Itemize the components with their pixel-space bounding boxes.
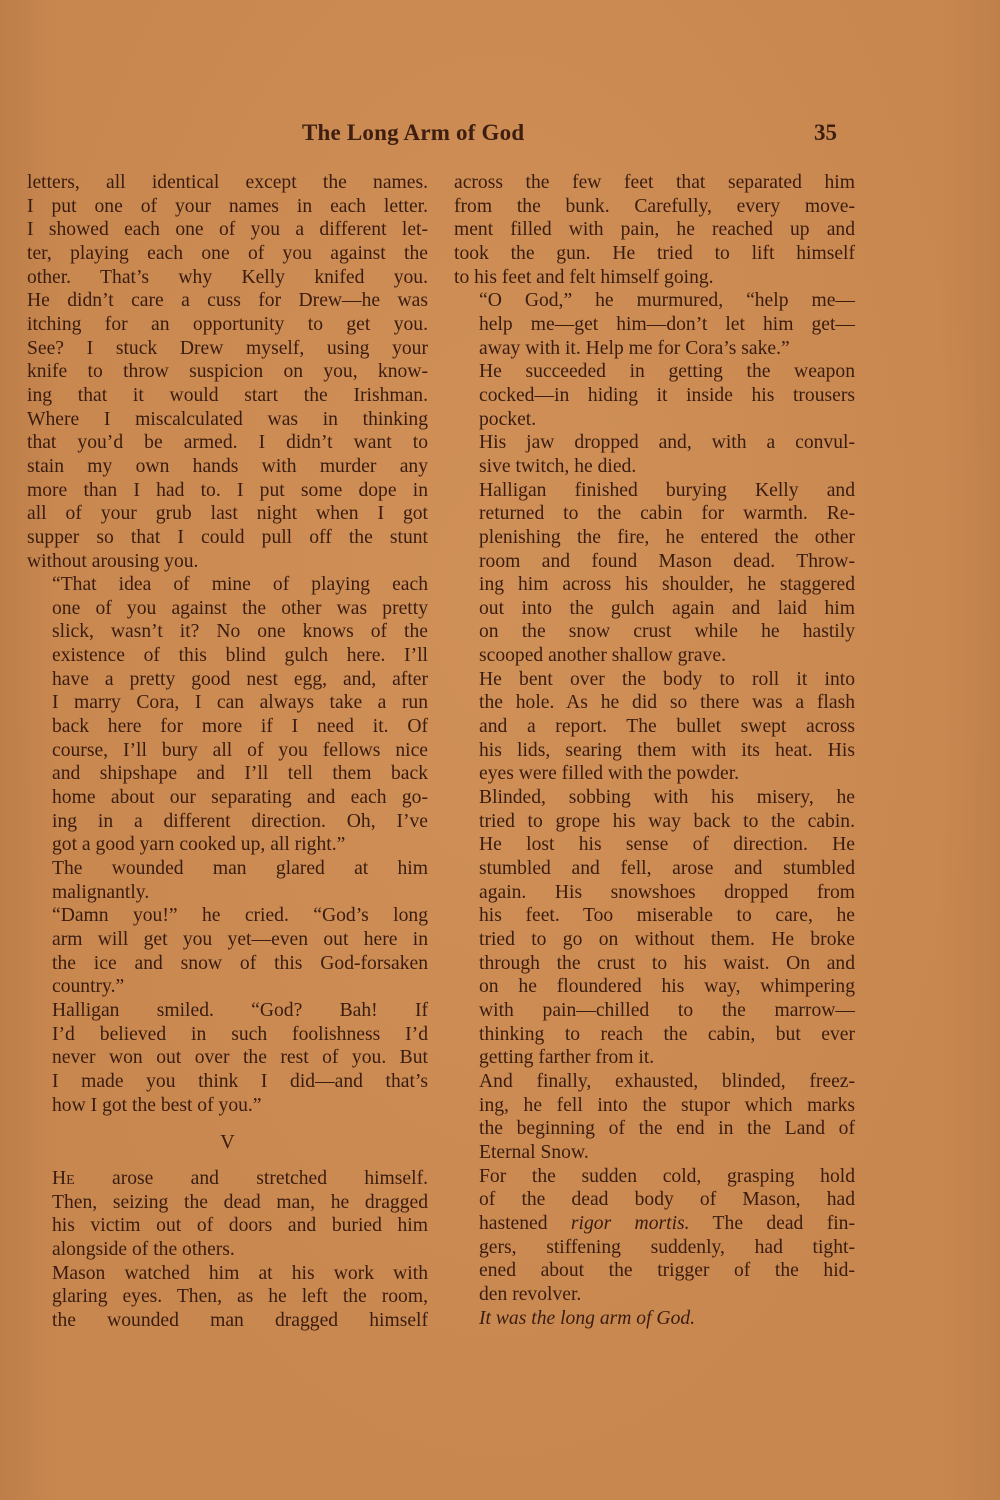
text-line: I made you think I did—and that’s bbox=[27, 1070, 428, 1094]
closing-line: It was the long arm of God. bbox=[454, 1307, 855, 1331]
paragraph: “O God,” he murmured, “help me—help me—g… bbox=[454, 289, 855, 360]
text-line: Then, seizing the dead man, he dragged bbox=[27, 1191, 428, 1215]
text-line: He didn’t care a cuss for Drew—he was bbox=[27, 289, 428, 313]
text-line: I marry Cora, I can always take a run bbox=[27, 691, 428, 715]
section-number: V bbox=[27, 1131, 428, 1155]
text-line: his feet. Too miserable to care, he bbox=[454, 904, 855, 928]
text-line: ing, he fell into the stupor which marks bbox=[454, 1094, 855, 1118]
text-line: his lids, searing them with its heat. Hi… bbox=[454, 739, 855, 763]
text-line: pocket. bbox=[454, 408, 855, 432]
paragraph: His jaw dropped and, with a convul-sive … bbox=[454, 431, 855, 478]
text-line: one of you against the other was pretty bbox=[27, 597, 428, 621]
text-line: The wounded man glared at him bbox=[27, 857, 428, 881]
text-line: course, I’ll bury all of you fellows nic… bbox=[27, 739, 428, 763]
text-line: ment filled with pain, he reached up and bbox=[454, 218, 855, 242]
text-line: cocked—in hiding it inside his trousers bbox=[454, 384, 855, 408]
text-line: home about our separating and each go- bbox=[27, 786, 428, 810]
text-line: malignantly. bbox=[27, 881, 428, 905]
text-line: the wounded man dragged himself bbox=[27, 1309, 428, 1333]
text-line: “O God,” he murmured, “help me— bbox=[454, 289, 855, 313]
text-line: knife to throw suspicion on you, know- bbox=[27, 360, 428, 384]
text-line: “That idea of mine of playing each bbox=[27, 573, 428, 597]
text-line: Blinded, sobbing with his misery, he bbox=[454, 786, 855, 810]
page-number: 35 bbox=[814, 120, 837, 146]
text-line: ened about the trigger of the hid- bbox=[454, 1259, 855, 1283]
text-line: ing in a different direction. Oh, I’ve bbox=[27, 810, 428, 834]
text-line: that you’d be armed. I didn’t want to bbox=[27, 431, 428, 455]
text-line: Halligan smiled. “God? Bah! If bbox=[27, 999, 428, 1023]
text-line: help me—get him—don’t let him get— bbox=[454, 313, 855, 337]
text-line: hastened rigor mortis. The dead fin- bbox=[454, 1212, 855, 1236]
text-line: never won out over the rest of you. But bbox=[27, 1046, 428, 1070]
paragraph: Halligan finished burying Kelly andretur… bbox=[454, 479, 855, 668]
text-line: Halligan finished burying Kelly and bbox=[454, 479, 855, 503]
text-line: alongside of the others. bbox=[27, 1238, 428, 1262]
text-line: of the dead body of Mason, had bbox=[454, 1188, 855, 1212]
left-column: letters, all identical except the names.… bbox=[27, 171, 428, 1333]
text-line: through the crust to his waist. On and bbox=[454, 952, 855, 976]
text-line: existence of this blind gulch here. I’ll bbox=[27, 644, 428, 668]
text-line: stain my own hands with murder any bbox=[27, 455, 428, 479]
text-line: He bent over the body to roll it into bbox=[454, 668, 855, 692]
text-line: den revolver. bbox=[454, 1283, 855, 1307]
text-line: returned to the cabin for warmth. Re- bbox=[454, 502, 855, 526]
paragraph: He bent over the body to roll it intothe… bbox=[454, 668, 855, 786]
text-line: with pain—chilled to the marrow— bbox=[454, 999, 855, 1023]
text-line: the ice and snow of this God-forsaken bbox=[27, 952, 428, 976]
text-line: thinking to reach the cabin, but ever bbox=[454, 1023, 855, 1047]
text-line: For the sudden cold, grasping hold bbox=[454, 1165, 855, 1189]
text-line: His jaw dropped and, with a convul- bbox=[454, 431, 855, 455]
text-line: away with it. Help me for Cora’s sake.” bbox=[454, 337, 855, 361]
text-line: the beginning of the end in the Land of bbox=[454, 1117, 855, 1141]
text-line: the hole. As he did so there was a flash bbox=[454, 691, 855, 715]
text-line: country.” bbox=[27, 975, 428, 999]
paragraph: letters, all identical except the names.… bbox=[27, 171, 428, 573]
text-line: back here for more if I need it. Of bbox=[27, 715, 428, 739]
text-line: I’d believed in such foolishness I’d bbox=[27, 1023, 428, 1047]
paragraph: “That idea of mine of playing eachone of… bbox=[27, 573, 428, 857]
paragraph: “Damn you!” he cried. “God’s longarm wil… bbox=[27, 904, 428, 999]
closing-line-text: It was the long arm of God. bbox=[454, 1307, 855, 1331]
text-line: Eternal Snow. bbox=[454, 1141, 855, 1165]
text-line: all of your grub last night when I got bbox=[27, 502, 428, 526]
text-line: Where I miscalculated was in thinking bbox=[27, 408, 428, 432]
text-line: on the snow crust while he hastily bbox=[454, 620, 855, 644]
text-line: tried to grope his way back to the cabin… bbox=[454, 810, 855, 834]
text-line: ing him across his shoulder, he staggere… bbox=[454, 573, 855, 597]
text-line: eyes were filled with the powder. bbox=[454, 762, 855, 786]
text-line: plenishing the fire, he entered the othe… bbox=[454, 526, 855, 550]
paragraph: Halligan smiled. “God? Bah! IfI’d believ… bbox=[27, 999, 428, 1117]
section-opening-word: He bbox=[52, 1168, 75, 1189]
text-line: arm will get you yet—even out here in bbox=[27, 928, 428, 952]
text-line: Mason watched him at his work with bbox=[27, 1262, 428, 1286]
text-line: his victim out of doors and buried him bbox=[27, 1214, 428, 1238]
running-head: The Long Arm of God bbox=[302, 120, 524, 146]
text-line: other. That’s why Kelly knifed you. bbox=[27, 266, 428, 290]
text-line: I put one of your names in each letter. bbox=[27, 195, 428, 219]
text-line: across the few feet that separated him bbox=[454, 171, 855, 195]
text-line: took the gun. He tried to lift himself bbox=[454, 242, 855, 266]
text-line: more than I had to. I put some dope in bbox=[27, 479, 428, 503]
text-line: and shipshape and I’ll tell them back bbox=[27, 762, 428, 786]
text-line: itching for an opportunity to get you. bbox=[27, 313, 428, 337]
text-line: tried to go on without them. He broke bbox=[454, 928, 855, 952]
text-line: to his feet and felt himself going. bbox=[454, 266, 855, 290]
text-line: letters, all identical except the names. bbox=[27, 171, 428, 195]
text-line: and a report. The bullet swept across bbox=[454, 715, 855, 739]
text-line: on he floundered his way, whimpering bbox=[454, 975, 855, 999]
text-line: sive twitch, he died. bbox=[454, 455, 855, 479]
text-line: gers, stiffening suddenly, had tight- bbox=[454, 1236, 855, 1260]
paragraph: The wounded man glared at himmalignantly… bbox=[27, 857, 428, 904]
text-line: getting farther from it. bbox=[454, 1046, 855, 1070]
text-line: how I got the best of you.” bbox=[27, 1094, 428, 1118]
text-line: scooped another shallow grave. bbox=[454, 644, 855, 668]
paragraph-section-opening: He arose and stretched himself.Then, sei… bbox=[27, 1167, 428, 1262]
text-line: glaring eyes. Then, as he left the room, bbox=[27, 1285, 428, 1309]
text-line: stumbled and fell, arose and stumbled bbox=[454, 857, 855, 881]
text-line: have a pretty good nest egg, and, after bbox=[27, 668, 428, 692]
paragraph-rigor-mortis: For the sudden cold, grasping holdof the… bbox=[454, 1165, 855, 1307]
text-line: got a good yarn cooked up, all right.” bbox=[27, 833, 428, 857]
text-line: room and found Mason dead. Throw- bbox=[454, 550, 855, 574]
text-line: out into the gulch again and laid him bbox=[454, 597, 855, 621]
text-line: He lost his sense of direction. He bbox=[454, 833, 855, 857]
text-line: without arousing you. bbox=[27, 550, 428, 574]
paragraph: He succeeded in getting the weaponcocked… bbox=[454, 360, 855, 431]
text-line: ing that it would start the Irishman. bbox=[27, 384, 428, 408]
text-line: He succeeded in getting the weapon bbox=[454, 360, 855, 384]
text-line: supper so that I could pull off the stun… bbox=[27, 526, 428, 550]
text-line: “Damn you!” he cried. “God’s long bbox=[27, 904, 428, 928]
text-line: See? I stuck Drew myself, using your bbox=[27, 337, 428, 361]
text-line: He arose and stretched himself. bbox=[27, 1167, 428, 1191]
right-column: across the few feet that separated himfr… bbox=[454, 171, 855, 1330]
text-line: from the bunk. Carefully, every move- bbox=[454, 195, 855, 219]
text-line: And finally, exhausted, blinded, freez- bbox=[454, 1070, 855, 1094]
paragraph: Blinded, sobbing with his misery, hetrie… bbox=[454, 786, 855, 1070]
text-line: I showed each one of you a different let… bbox=[27, 218, 428, 242]
text-line: slick, wasn’t it? No one knows of the bbox=[27, 620, 428, 644]
paragraph: across the few feet that separated himfr… bbox=[454, 171, 855, 289]
text-line: ter, playing each one of you against the bbox=[27, 242, 428, 266]
paragraph: And finally, exhausted, blinded, freez-i… bbox=[454, 1070, 855, 1165]
text-line: again. His snowshoes dropped from bbox=[454, 881, 855, 905]
paragraph: Mason watched him at his work withglarin… bbox=[27, 1262, 428, 1333]
italic-phrase: rigor mortis. bbox=[571, 1213, 690, 1234]
